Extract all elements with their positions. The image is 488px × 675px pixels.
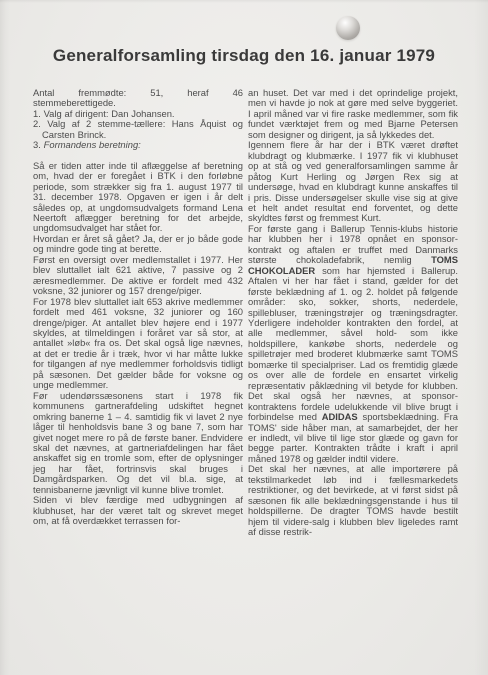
paragraph: Det skal her nævnes, at alle importørere… — [248, 464, 458, 537]
article-body: Antal fremmødte: 51, heraf 46 stemmebere… — [33, 88, 458, 537]
text-segment: Først en oversigt over medlemstallet i 1… — [33, 254, 243, 296]
text-segment: 1. Valg af dirigent: Dan Johansen. — [33, 108, 175, 119]
paragraph: Hvordan er året så gået? Ja, der er jo b… — [33, 234, 243, 255]
text-segment: 2. Valg af 2 stemme-tællere: Hans Åquist… — [33, 118, 243, 139]
text-segment: Antal fremmødte: 51, heraf 46 stemmebere… — [33, 87, 243, 108]
left-column: Antal fremmødte: 51, heraf 46 stemmebere… — [33, 88, 243, 537]
paragraph: Siden vi blev færdige med udbygningen af… — [33, 495, 243, 526]
paragraph: Antal fremmødte: 51, heraf 46 stemmebere… — [33, 88, 243, 109]
text-segment: Siden vi blev færdige med udbygningen af… — [33, 494, 243, 526]
text-segment: Hvordan er året så gået? Ja, der er jo b… — [33, 233, 243, 254]
paper-fastener-ball-icon — [336, 16, 360, 40]
paragraph: an huset. Det var med i det oprindelige … — [248, 88, 458, 140]
paragraph: Så er tiden atter inde til aflæggelse af… — [33, 161, 243, 234]
text-segment: Igennem flere år har der i BTK været drø… — [248, 139, 458, 223]
bold-text: ADIDAS — [322, 411, 358, 422]
paragraph: Igennem flere år har der i BTK været drø… — [248, 140, 458, 224]
text-segment: Så er tiden atter inde til aflæggelse af… — [33, 160, 243, 234]
text-segment: 3. — [33, 139, 44, 150]
text-segment: For 1978 blev sluttallet ialt 653 akrive… — [33, 296, 243, 391]
paragraph: 3. Formandens beretning: — [33, 140, 243, 150]
paragraph: For 1978 blev sluttallet ialt 653 akrive… — [33, 297, 243, 391]
text-segment: Det skal her nævnes, at alle importørere… — [248, 463, 458, 537]
italic-text: Formandens beretning: — [44, 139, 141, 150]
paragraph: 2. Valg af 2 stemme-tællere: Hans Åquist… — [33, 119, 243, 140]
text-segment: For første gang i Ballerup Tennis-klubs … — [248, 223, 458, 265]
text-segment: som har hjemsted i Ballerup. Aftalen vi … — [248, 265, 458, 422]
paragraph: For første gang i Ballerup Tennis-klubs … — [248, 224, 458, 464]
paragraph: Først en oversigt over medlemstallet i 1… — [33, 255, 243, 297]
text-segment: Før udendørssæsonens start i 1978 fik ko… — [33, 390, 243, 495]
text-segment: an huset. Det var med i det oprindelige … — [248, 87, 458, 140]
page-title: Generalforsamling tirsdag den 16. januar… — [0, 46, 488, 66]
paragraph: Før udendørssæsonens start i 1978 fik ko… — [33, 391, 243, 496]
right-column: an huset. Det var med i det oprindelige … — [248, 88, 458, 537]
